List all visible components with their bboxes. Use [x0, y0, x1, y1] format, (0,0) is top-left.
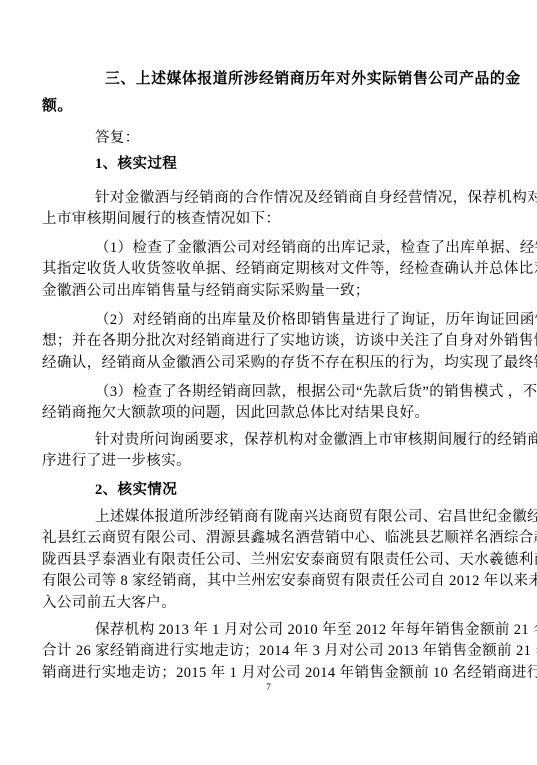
paragraph-line: 保荐机构 2013 年 1 月对公司 2010 年至 2012 年每年销售金额前… — [42, 620, 498, 641]
paragraph-line: 金徽酒公司出库销售量与经销商实际采购量一致； — [42, 281, 498, 302]
document-title-line: 额。 — [42, 93, 498, 120]
paragraph-line: 其指定收货人收货签收单据、经销商定期核对文件等，经检查确认并总体比对， — [42, 259, 498, 280]
paragraph-line: 针对贵所问询函要求，保荐机构对金徽酒上市审核期间履行的经销商核查程 — [42, 430, 498, 451]
paragraph-line: 经确认，经销商从金徽酒公司采购的存货不存在积压的行为，均实现了最终销售； — [42, 353, 498, 374]
document-title: 三、上述媒体报道所涉经销商历年对外实际销售公司产品的金 额。 — [42, 66, 498, 119]
page-number: 7 — [0, 682, 537, 694]
section-heading-verification-process: 1、核实过程 — [42, 154, 498, 175]
paragraph-line: 销商进行实地走访；2015 年 1 月对公司 2014 年销售金额前 10 名经… — [42, 663, 498, 684]
reply-label: 答复： — [42, 128, 498, 149]
section-heading-verification-situation: 2、核实情况 — [42, 480, 498, 501]
paragraph-line: 经销商拖欠大额款项的问题，因此回款总体比对结果良好。 — [42, 403, 498, 424]
document-title-line: 三、上述媒体报道所涉经销商历年对外实际销售公司产品的金 — [42, 66, 498, 93]
paragraph-item-1: （1）检查了金徽酒公司对经销商的出库记录，检查了出库单据、经销商及 其指定收货人… — [42, 238, 498, 302]
paragraph-line: 针对金徽酒与经销商的合作情况及经销商自身经营情况，保荐机构对金徽酒 — [42, 188, 498, 209]
paragraph-line: （1）检查了金徽酒公司对经销商的出库记录，检查了出库单据、经销商及 — [42, 238, 498, 259]
paragraph-line: 陇西县孚泰酒业有限责任公司、兰州宏安泰商贸有限责任公司、天水羲德利商贸 — [42, 550, 498, 571]
paragraph-line: （3）检查了各期经销商回款，根据公司“先款后货”的销售模式 ，不存在 — [42, 382, 498, 403]
paragraph-line: （2）对经销商的出库量及价格即销售量进行了询证，历年询证回函情况理 — [42, 310, 498, 331]
paragraph-intro: 针对金徽酒与经销商的合作情况及经销商自身经营情况，保荐机构对金徽酒 上市审核期间… — [42, 188, 498, 231]
paragraph-line: 序进行了进一步核实。 — [42, 451, 498, 472]
paragraph-line: 合计 26 家经销商进行实地走访；2014 年 3 月对公司 2013 年销售金… — [42, 641, 498, 662]
paragraph-item-2: （2）对经销商的出库量及价格即销售量进行了询证，历年询证回函情况理 想；并在各期… — [42, 310, 498, 374]
paragraph-line: 上述媒体报道所涉经销商有陇南兴达商贸有限公司、宕昌世纪金徽经销点、 — [42, 507, 498, 528]
paragraph-site-visits: 保荐机构 2013 年 1 月对公司 2010 年至 2012 年每年销售金额前… — [42, 620, 498, 684]
paragraph-line: 想；并在各期分批次对经销商进行了实地访谈，访谈中关注了自身对外销售情况， — [42, 331, 498, 352]
paragraph-item-3: （3）检查了各期经销商回款，根据公司“先款后货”的销售模式 ，不存在 经销商拖欠… — [42, 382, 498, 425]
document-page: 三、上述媒体报道所涉经销商历年对外实际销售公司产品的金 额。 答复： 1、核实过… — [0, 0, 537, 765]
paragraph-line: 有限公司等 8 家经销商，其中兰州宏安泰商贸有限责任公司自 2012 年以来未进 — [42, 571, 498, 592]
paragraph-distributors-list: 上述媒体报道所涉经销商有陇南兴达商贸有限公司、宕昌世纪金徽经销点、 礼县红云商贸… — [42, 507, 498, 614]
paragraph-further-verification: 针对贵所问询函要求，保荐机构对金徽酒上市审核期间履行的经销商核查程 序进行了进一… — [42, 430, 498, 473]
paragraph-line: 入公司前五大客户。 — [42, 593, 498, 614]
paragraph-line: 礼县红云商贸有限公司、渭源县鑫城名酒营销中心、临洮县艺顺祥名酒综合超市、 — [42, 528, 498, 549]
paragraph-line: 上市审核期间履行的核查情况如下： — [42, 209, 498, 230]
